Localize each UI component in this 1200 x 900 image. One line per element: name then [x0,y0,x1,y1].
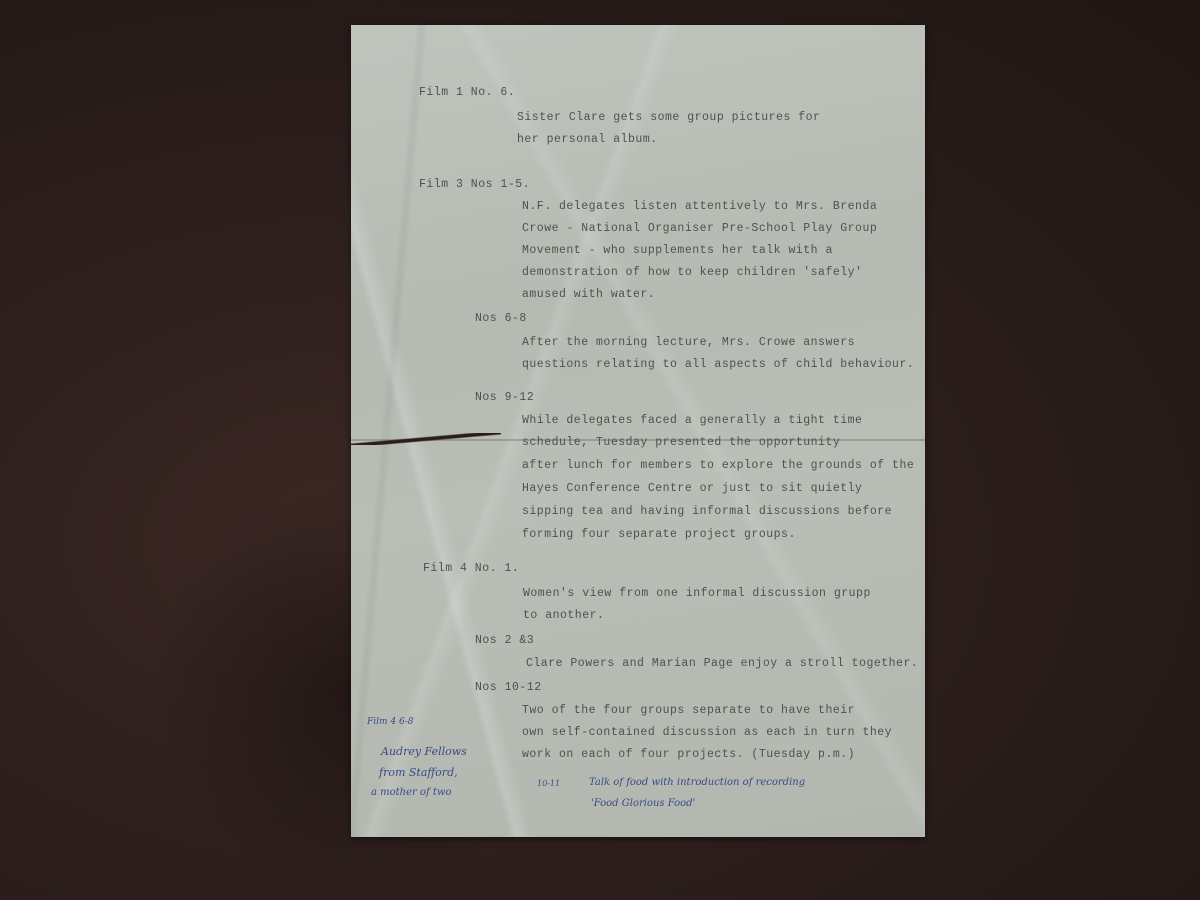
section-heading-nos-6-8: Nos 6-8 [475,312,527,325]
caption-line: work on each of four projects. (Tuesday … [522,748,855,761]
caption-line: forming four separate project groups. [522,528,796,541]
handwritten-margin-note: a mother of two [371,787,451,798]
section-heading-film3: Film 3 Nos 1-5. [419,178,530,191]
handwritten-bottom-note: Talk of food with introduction of record… [589,777,805,788]
caption-line: While delegates faced a generally a tigh… [522,414,862,427]
caption-line: Hayes Conference Centre or just to sit q… [522,482,862,495]
caption-line: demonstration of how to keep children 's… [522,266,862,279]
section-heading-nos-10-12: Nos 10-12 [475,681,542,694]
caption-line: Sister Clare gets some group pictures fo… [517,111,820,124]
handwritten-margin-note: from Stafford, [379,766,458,779]
paper-tear [351,433,501,445]
caption-line: After the morning lecture, Mrs. Crowe an… [522,336,855,349]
caption-line: own self-contained discussion as each in… [522,726,892,739]
caption-line: to another. [523,609,604,622]
caption-line: Movement - who supplements her talk with… [522,244,833,257]
section-heading-film1: Film 1 No. 6. [419,86,515,99]
caption-line: N.F. delegates listen attentively to Mrs… [522,200,877,213]
caption-line: sipping tea and having informal discussi… [522,505,892,518]
caption-line: schedule, Tuesday presented the opportun… [522,436,840,449]
caption-line: after lunch for members to explore the g… [522,459,914,472]
caption-line: questions relating to all aspects of chi… [522,358,914,371]
section-heading-nos-9-12: Nos 9-12 [475,391,534,404]
handwritten-bottom-note: 'Food Glorious Food' [591,798,695,809]
caption-line: Women's view from one informal discussio… [523,587,871,600]
section-heading-film4: Film 4 No. 1. [423,562,519,575]
handwritten-bottom-ref: 10-11 [537,779,560,788]
section-heading-nos-2-3: Nos 2 &3 [475,634,534,647]
caption-line: amused with water. [522,288,655,301]
caption-line: Two of the four groups separate to have … [522,704,855,717]
caption-line: Clare Powers and Marian Page enjoy a str… [526,657,918,670]
handwritten-margin-ref: Film 4 6-8 [367,717,413,727]
handwritten-margin-note: Audrey Fellows [381,745,467,758]
caption-line: Crowe - National Organiser Pre-School Pl… [522,222,877,235]
caption-line: her personal album. [517,133,658,146]
typed-document-sheet: Film 1 No. 6. Sister Clare gets some gro… [351,25,925,837]
